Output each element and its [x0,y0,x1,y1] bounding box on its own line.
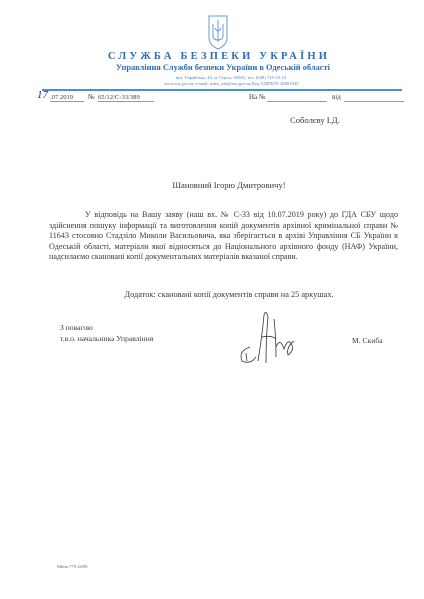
handwritten-day: 17 [37,89,48,101]
department-name: Управління Служби безпеки України в Одес… [0,63,424,72]
signer-title: т.в.о. начальника Управління [60,333,153,344]
address-line: вул. Єврейська, 43, м. Одеса, 65045, тел… [0,75,424,80]
trident-emblem-icon [207,14,229,50]
incoming-date-blank [344,101,404,102]
org-name: СЛУЖБА БЕЗПЕКИ УКРАЇНИ [0,51,424,62]
signer-name: М. Скиба [352,336,383,345]
closing-regards: З повагою [60,322,153,333]
incoming-number-blank [267,101,327,102]
recipient: Соболєву І.Д. [290,115,340,125]
signature-icon [236,307,316,367]
incoming-number-label: На № [249,93,266,101]
number-label: № [88,93,95,101]
contacts-line: www.ssu.gov.ua, e-mail: usbu_ode@ssu.gov… [0,81,424,86]
attachment-note: Додаток: скановані копії документів спра… [0,290,424,299]
outgoing-date: .07.2019 [50,94,84,102]
letter-body: У відповідь на Вашу заяву (наш вх. № С-3… [49,210,398,263]
letterhead-divider [42,89,402,91]
closing-block: З повагою т.в.о. начальника Управління [60,322,153,344]
salutation: Шановний Ігорю Дмитровичу! [0,180,424,190]
outgoing-number: 65/12/С-33/389 [98,94,154,102]
incoming-date-label: від [332,93,341,101]
footer-code: Мінзк 779-24/90 [57,564,88,569]
